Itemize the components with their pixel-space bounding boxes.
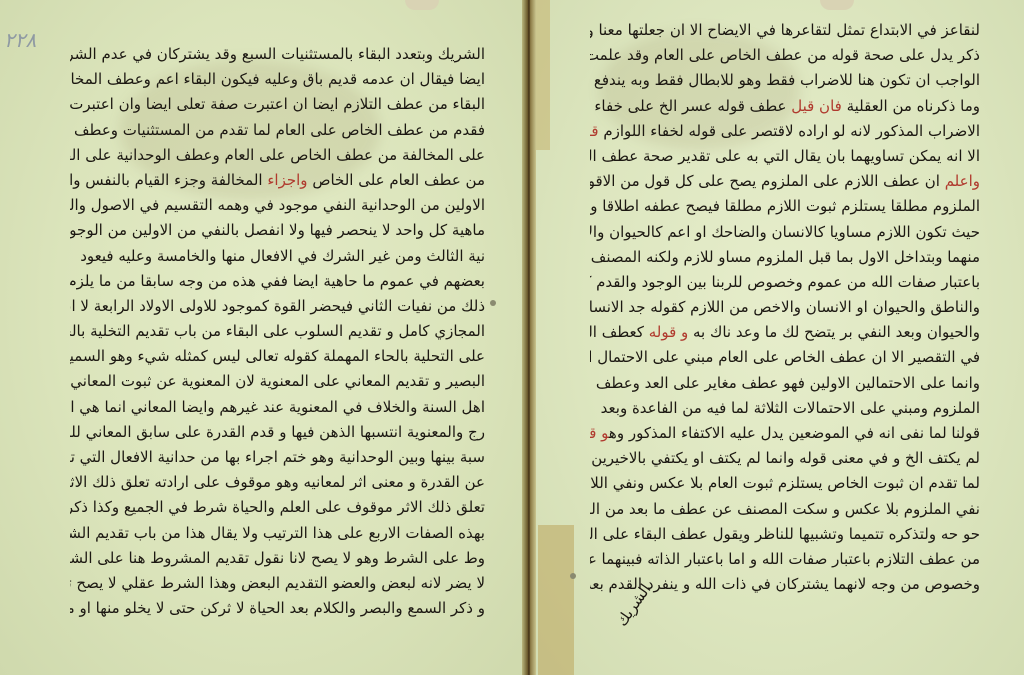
text-line: الاضراب المذكور لانه لو اراده لاقتصر على… <box>590 119 980 144</box>
text-line: في التقصير الا ان عطف الخاص على العام مب… <box>590 345 980 370</box>
text-line: وط على الشرط وهو لا يصح لانا نقول تقديم … <box>70 546 485 571</box>
text-line: الملزوم ومبني على الاحتمالات الثلاثة لما… <box>590 396 980 421</box>
text-line: نية الثالث ومن غير الشرك في الافعال منها… <box>70 244 485 269</box>
text-line: قولنا لما نفى انه في الموضعين يدل عليه ا… <box>590 421 980 446</box>
binding-hole <box>490 300 496 306</box>
text-line: ذكر يدل على صحة قوله من عطف الخاص على ال… <box>590 43 980 68</box>
text-line: الا انه يمكن تساويهما بان يقال التي به ع… <box>590 144 980 169</box>
text-line: الاولين من الوحدانية النفي موجود في وهمه… <box>70 193 485 218</box>
text-line: باعتبار صفات الله من عموم وخصوص للربنا ب… <box>590 270 980 295</box>
text-line: ذلك من نفيات الثاني فيحضر القوة كموجود ل… <box>70 294 485 319</box>
text-line: المجازي كامل و تقديم السلوب على البقاء م… <box>70 319 485 344</box>
text-line: اهل السنة والخلاف في المعنوية عند غيرهم … <box>70 395 485 420</box>
rubric-word: و قوله <box>649 323 689 341</box>
rubric-word: واجزاء <box>267 171 307 189</box>
text-line: لم يكتف الخ و في معنى قوله وانما لم يكتف… <box>590 446 980 471</box>
binding-hole <box>570 573 576 579</box>
left-page-text: الشريك وبتعدد البقاء بالمستثنيات السبع و… <box>70 42 485 621</box>
folio-number: ٢٢٨ <box>4 28 36 52</box>
text-line: وما ذكرناه من العقلية فان قيل عطف قوله ع… <box>590 94 980 119</box>
text-line: و ذكر السمع والبصر والكلام بعد الحياة لا… <box>70 596 485 621</box>
text-line: لنقاعز في الابتداع تمثل لتقاعرها في الاي… <box>590 18 980 43</box>
book-gutter <box>522 0 536 675</box>
text-line: من عطف التلازم باعتبار صفات الله و اما ب… <box>590 547 980 572</box>
rubric-word: فان قيل <box>791 97 842 115</box>
text-line: رج والمعنوية انتسبها الذهن فيها و قدم ال… <box>70 420 485 445</box>
rubric-word: واعلم <box>945 172 980 190</box>
text-line: ايضا فيقال ان عدمه قديم باق وعليه فيكون … <box>70 67 485 92</box>
text-line: واعلم ان عطف اللازم على الملزوم يصح على … <box>590 169 980 194</box>
page-clip <box>820 0 854 10</box>
text-line: تعلق ذلك الاثر موقوف على العلم والحياة ش… <box>70 495 485 520</box>
text-line: من عطف العام على الخاص واجزاء المخالفة و… <box>70 168 485 193</box>
text-line: على التحلية بالحاء المهملة كقوله تعالى ل… <box>70 344 485 369</box>
text-line: سبة بينها وبين الوحدانية وهو ختم اجراء ب… <box>70 445 485 470</box>
page-clip <box>405 0 439 10</box>
text-line: الملزوم مطلقا يستلزم ثبوت اللازم مطلقا ف… <box>590 194 980 219</box>
text-line: البصير و تقديم المعاني على المعنوية لان … <box>70 369 485 394</box>
text-line: حيث تكون اللازم مساويا كالانسان والضاحك … <box>590 220 980 245</box>
right-page-text: لنقاعز في الابتداع تمثل لتقاعرها في الاي… <box>590 18 980 597</box>
text-line: فقدم من عطف الخاص على العام لما تقدم من … <box>70 118 485 143</box>
repair-tape-bottom <box>538 525 574 675</box>
text-line: بعضهم في عموم ما حاهية ايضا ففي هذه من و… <box>70 269 485 294</box>
text-line: البقاء من عطف التلازم ايضا ان اعتبرت صفة… <box>70 92 485 117</box>
text-line: الواجب ان تكون هنا للاضراب فقط وهو للابط… <box>590 68 980 93</box>
text-line: الشريك وبتعدد البقاء بالمستثنيات السبع و… <box>70 42 485 67</box>
text-line: نفي الملزوم بلا عكس و سكت المصنف عن عطف … <box>590 497 980 522</box>
text-line: بهذه الصفات الاربع على هذا الترتيب ولا ي… <box>70 521 485 546</box>
text-line: لا يضر لانه لبعض والعضو التقديم البعض وه… <box>70 571 485 596</box>
text-line: وانما على الاحتمالين الاولين فهو عطف مغا… <box>590 371 980 396</box>
text-line: منهما وبتداخل الاول بما قبل الملزوم مساو… <box>590 245 980 270</box>
rubric-word: قلت <box>590 122 599 140</box>
text-line: والحيوان وبعد النفي بر يتضح لك ما وعد نا… <box>590 320 980 345</box>
text-line: لما تقدم ان ثبوت الخاص يستلزم ثبوت العام… <box>590 471 980 496</box>
text-line: ماهية كل واحد لا ينحصر فيها ولا انفصل با… <box>70 218 485 243</box>
text-line: والناطق والحيوان او الانسان والاخص من ال… <box>590 295 980 320</box>
text-line: عن القدرة و معنى اثر لمعانيه وهو موقوف ع… <box>70 470 485 495</box>
text-line: حو حه ولتذكره تتميما وتشبيها للناظر ويقو… <box>590 522 980 547</box>
text-line: على المخالفة من عطف الخاص على العام وعطف… <box>70 143 485 168</box>
manuscript-spread: ٢٢٨ الشريك وبتعدد البقاء بالمستثنيات الس… <box>0 0 1024 675</box>
rubric-word: و قوله <box>590 424 609 442</box>
